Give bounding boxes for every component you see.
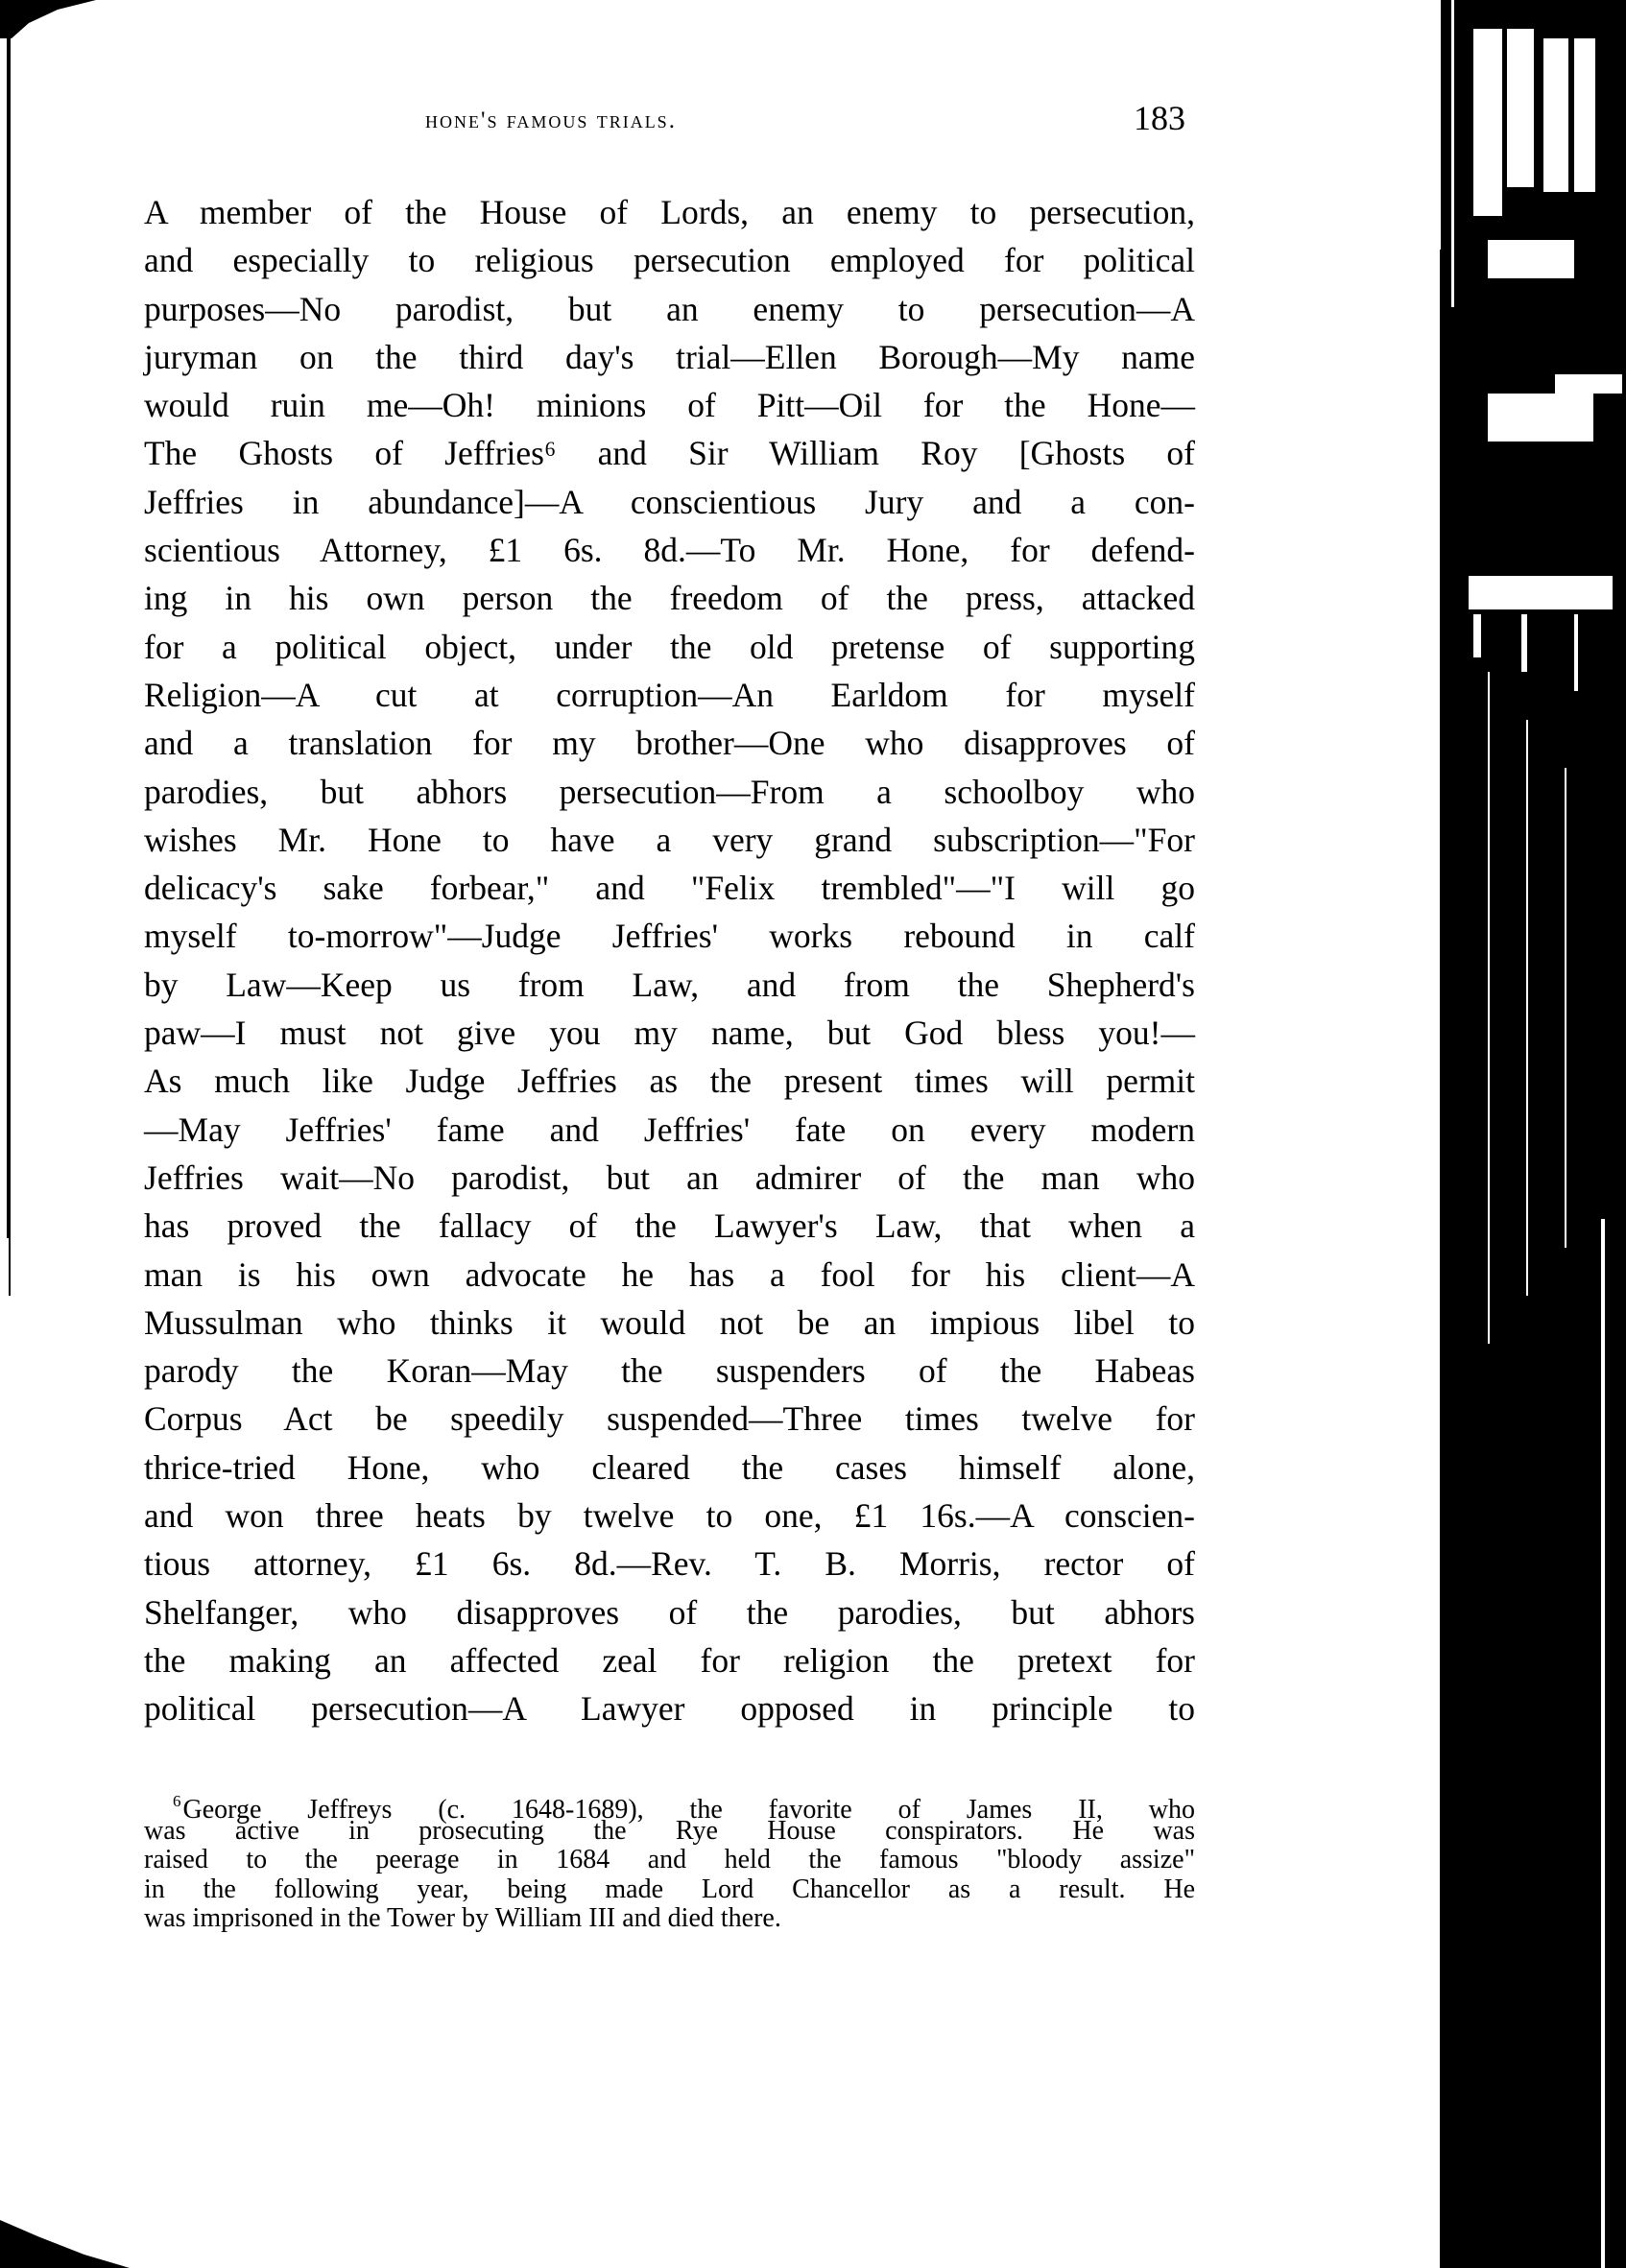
footnote-line: in the following year, being made Lord C… <box>144 1875 1195 1905</box>
page-number: 183 <box>1134 98 1185 138</box>
footnote-line: raised to the peerage in 1684 and held t… <box>144 1846 1195 1875</box>
body-line: by Law—Keep us from Law, and from the Sh… <box>144 961 1195 1009</box>
body-line: The Ghosts of Jeffries⁶ and Sir William … <box>144 429 1195 477</box>
body-line: and especially to religious persecution … <box>144 236 1195 284</box>
body-line: —May Jeffries' fame and Jeffries' fate o… <box>144 1106 1195 1154</box>
book-page: HONE'S FAMOUS TRIALS. 183 A member of th… <box>0 0 1626 2268</box>
footnote-line: was active in prosecuting the Rye House … <box>144 1817 1195 1847</box>
scan-corner-bottom-left <box>0 2220 130 2268</box>
body-line: Jeffries wait—No parodist, but an admire… <box>144 1154 1195 1202</box>
running-head-title: HONE'S FAMOUS TRIALS. <box>425 107 677 134</box>
body-line: Jeffries in abundance]—A conscientious J… <box>144 478 1195 526</box>
footnote-line: 6George Jeffreys (c. 1648-1689), the fav… <box>144 1787 1195 1817</box>
body-line: delicacy's sake forbear," and "Felix tre… <box>144 864 1195 912</box>
body-line: Corpus Act be speedily suspended—Three t… <box>144 1395 1195 1443</box>
body-line: tious attorney, £1 6s. 8d.—Rev. T. B. Mo… <box>144 1540 1195 1588</box>
body-line: would ruin me—Oh! minions of Pitt—Oil fo… <box>144 381 1195 429</box>
body-line: Mussulman who thinks it would not be an … <box>144 1299 1195 1347</box>
scan-left-edge-line <box>7 29 11 1238</box>
body-line: A member of the House of Lords, an enemy… <box>144 188 1195 236</box>
body-line: wishes Mr. Hone to have a very grand sub… <box>144 816 1195 864</box>
fore-edge-gap <box>1430 0 1440 2268</box>
body-line: parody the Koran—May the suspenders of t… <box>144 1347 1195 1395</box>
body-line: political persecution—A Lawyer opposed i… <box>144 1684 1195 1732</box>
body-line: ing in his own person the freedom of the… <box>144 574 1195 622</box>
body-line: Religion—A cut at corruption—An Earldom … <box>144 671 1195 719</box>
body-line: for a political object, under the old pr… <box>144 623 1195 671</box>
body-line: myself to-morrow"—Judge Jeffries' works … <box>144 912 1195 960</box>
body-line: purposes—No parodist, but an enemy to pe… <box>144 285 1195 333</box>
running-head: HONE'S FAMOUS TRIALS. 183 <box>144 104 1195 142</box>
body-text: A member of the House of Lords, an enemy… <box>144 188 1195 1733</box>
body-line: and a translation for my brother—One who… <box>144 719 1195 767</box>
scan-corner-top-left <box>0 0 96 38</box>
footnote-line: was imprisoned in the Tower by William I… <box>144 1904 1195 1934</box>
body-line: As much like Judge Jeffries as the prese… <box>144 1057 1195 1105</box>
body-line: paw—I must not give you my name, but God… <box>144 1009 1195 1057</box>
book-fore-edge <box>1430 0 1626 2268</box>
body-line: the making an affected zeal for religion… <box>144 1636 1195 1684</box>
body-line: juryman on the third day's trial—Ellen B… <box>144 333 1195 381</box>
footnote: 6George Jeffreys (c. 1648-1689), the fav… <box>144 1787 1195 1934</box>
body-line: thrice-tried Hone, who cleared the cases… <box>144 1444 1195 1492</box>
body-line: man is his own advocate he has a fool fo… <box>144 1251 1195 1299</box>
body-line: Shelfanger, who disapproves of the parod… <box>144 1588 1195 1636</box>
body-line: and won three heats by twelve to one, £1… <box>144 1492 1195 1540</box>
footnote-marker: 6 <box>173 1792 181 1810</box>
body-line: has proved the fallacy of the Lawyer's L… <box>144 1202 1195 1250</box>
body-line: parodies, but abhors persecution—From a … <box>144 768 1195 816</box>
body-line: scientious Attorney, £1 6s. 8d.—To Mr. H… <box>144 526 1195 574</box>
scan-left-edge-line-thin <box>9 1238 11 1296</box>
